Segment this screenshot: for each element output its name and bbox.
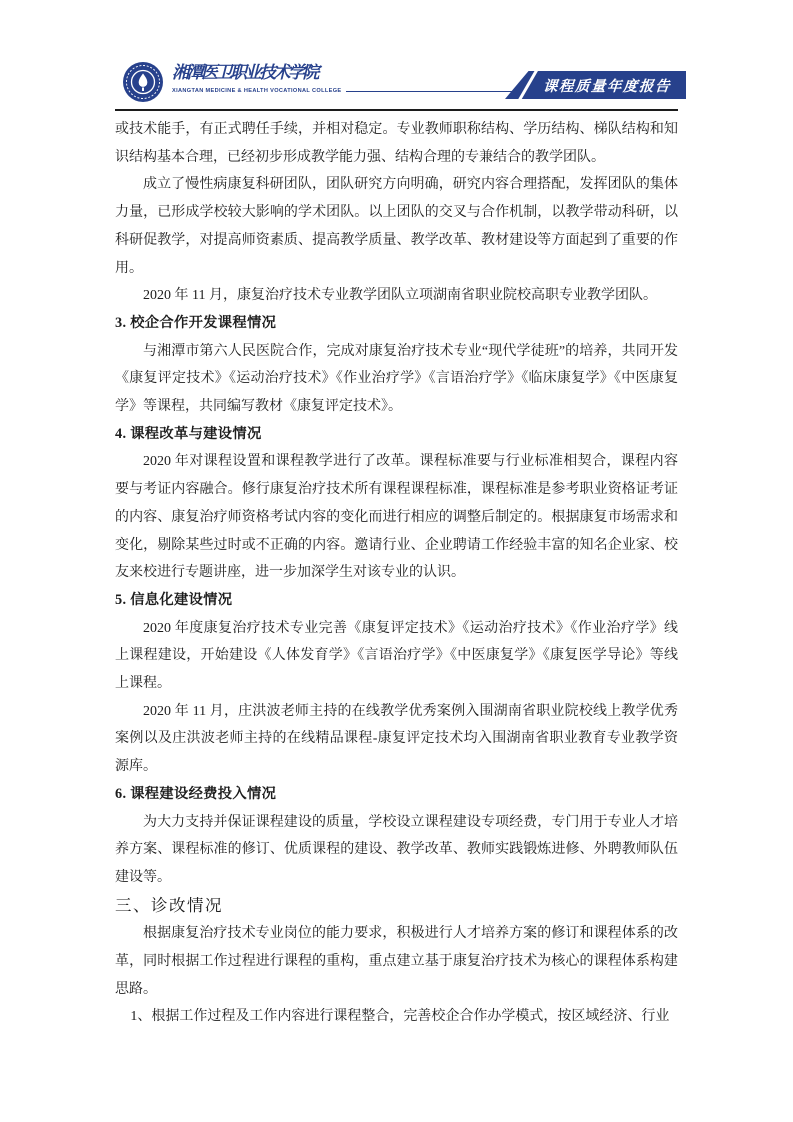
paragraph: 2020 年对课程设置和课程教学进行了改革。课程标准要与行业标准相契合，课程内容… [115,448,678,587]
paragraph: 为大力支持并保证课程建设的质量，学校设立课程建设专项经费，专门用于专业人才培养方… [115,809,678,892]
heading-course-reform: 4. 课程改革与建设情况 [115,421,678,449]
banner-slash-decor [516,67,539,105]
document-body: 或技术能手，有正式聘任手续，并相对稳定。专业教师职称结构、学历结构、梯队结构和知… [115,116,678,1031]
heading-course-funding: 6. 课程建设经费投入情况 [115,781,678,809]
paragraph-continuation: 或技术能手，有正式聘任手续，并相对稳定。专业教师职称结构、学历结构、梯队结构和知… [115,116,678,171]
list-item: 1、根据工作过程及工作内容进行课程整合，完善校企合作办学模式，按区域经济、行业 [115,1003,678,1031]
report-title-banner: 课程质量年度报告 [505,71,686,99]
paragraph: 成立了慢性病康复科研团队，团队研究方向明确，研究内容合理搭配，发挥团队的集体力量… [115,171,678,282]
college-emblem-icon [122,61,164,103]
paragraph: 根据康复治疗技术专业岗位的能力要求，积极进行人才培养方案的修订和课程体系的改革，… [115,920,678,1003]
report-title-label: 课程质量年度报告 [542,75,671,96]
heading-informatization: 5. 信息化建设情况 [115,587,678,615]
heading-school-enterprise-courses: 3. 校企合作开发课程情况 [115,310,678,338]
paragraph: 与湘潭市第六人民医院合作，完成对康复治疗技术专业“现代学徒班”的培养，共同开发《… [115,338,678,421]
report-page: 湘潭医卫职业技术学院 XIANGTAN MEDICINE & HEALTH VO… [0,0,793,1122]
header-divider-line [115,109,678,111]
college-name-row: XIANGTAN MEDICINE & HEALTH VOCATIONAL CO… [172,88,530,94]
paragraph: 2020 年度康复治疗技术专业完善《康复评定技术》《运动治疗技术》《作业治疗学》… [115,615,678,698]
college-name-en: XIANGTAN MEDICINE & HEALTH VOCATIONAL CO… [172,88,341,94]
college-name-cn: 湘潭医卫职业技术学院 [172,58,317,86]
header-rule-line [346,91,530,92]
paragraph: 2020 年 11 月，庄洪波老师主持的在线教学优秀案例入围湖南省职业院校线上教… [115,698,678,781]
section-heading-diagnosis-improvement: 三、诊改情况 [115,892,678,921]
paragraph: 2020 年 11 月，康复治疗技术专业教学团队立项湖南省职业院校高职专业教学团… [115,282,678,310]
